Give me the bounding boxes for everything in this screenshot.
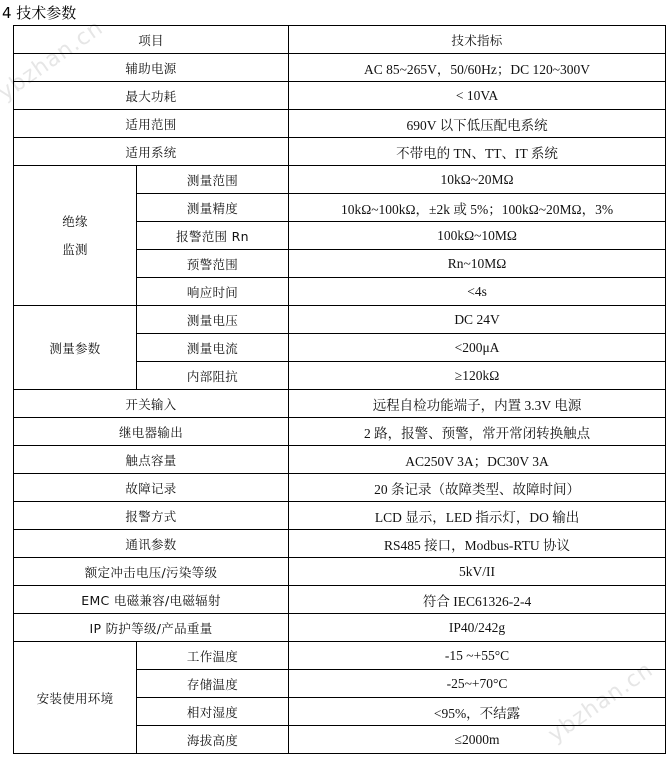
- row-label: 存储温度: [137, 670, 289, 698]
- row-value: 10kΩ~20MΩ: [289, 166, 666, 194]
- row-label: 工作温度: [137, 642, 289, 670]
- header-spec: 技术指标: [289, 26, 666, 54]
- row-value: 20 条记录（故障类型、故障时间）: [289, 474, 666, 502]
- row-label: IP 防护等级/产品重量: [14, 614, 289, 642]
- row-label: 故障记录: [14, 474, 289, 502]
- row-value: ≤2000m: [289, 726, 666, 754]
- table-row: 通讯参数 RS485 接口，Modbus-RTU 协议: [14, 530, 666, 558]
- table-row: 适用范围 690V 以下低压配电系统: [14, 110, 666, 138]
- table-row: 故障记录 20 条记录（故障类型、故障时间）: [14, 474, 666, 502]
- row-label: 适用系统: [14, 138, 289, 166]
- table-row: 触点容量 AC250V 3A；DC30V 3A: [14, 446, 666, 474]
- table-row: 测量参数 测量电压 DC 24V: [14, 306, 666, 334]
- row-value: -25~+70°C: [289, 670, 666, 698]
- row-label: 通讯参数: [14, 530, 289, 558]
- group-label-environment: 安装使用环境: [14, 642, 137, 754]
- row-label: 预警范围: [137, 250, 289, 278]
- table-row: 绝缘 监测 测量范围 10kΩ~20MΩ: [14, 166, 666, 194]
- tech-spec-table: 项目 技术指标 辅助电源 AC 85~265V，50/60Hz；DC 120~3…: [13, 25, 666, 754]
- group-label-line1: 绝缘: [18, 208, 132, 236]
- row-label: 测量范围: [137, 166, 289, 194]
- table-row: 安装使用环境 工作温度 -15 ~+55°C: [14, 642, 666, 670]
- row-value: DC 24V: [289, 306, 666, 334]
- section-heading: 4 技术参数: [2, 2, 76, 24]
- row-label: 报警范围 Rn: [137, 222, 289, 250]
- row-label: 测量电流: [137, 334, 289, 362]
- group-label-measurement: 测量参数: [14, 306, 137, 390]
- row-label: 响应时间: [137, 278, 289, 306]
- table-row: IP 防护等级/产品重量 IP40/242g: [14, 614, 666, 642]
- row-value: 690V 以下低压配电系统: [289, 110, 666, 138]
- row-value: 2 路，报警、预警，常开常闭转换触点: [289, 418, 666, 446]
- row-value: -15 ~+55°C: [289, 642, 666, 670]
- row-label: 测量精度: [137, 194, 289, 222]
- table-row: 报警方式 LCD 显示，LED 指示灯，DO 输出: [14, 502, 666, 530]
- table-row: 继电器输出 2 路，报警、预警，常开常闭转换触点: [14, 418, 666, 446]
- row-label: 继电器输出: [14, 418, 289, 446]
- group-label-line2: 监测: [18, 236, 132, 264]
- table-row: 最大功耗 < 10VA: [14, 82, 666, 110]
- row-label: 最大功耗: [14, 82, 289, 110]
- table-row: 适用系统 不带电的 TN、TT、IT 系统: [14, 138, 666, 166]
- row-value: 不带电的 TN、TT、IT 系统: [289, 138, 666, 166]
- row-label: 海拔高度: [137, 726, 289, 754]
- row-label: 适用范围: [14, 110, 289, 138]
- table-header-row: 项目 技术指标: [14, 26, 666, 54]
- row-label: 辅助电源: [14, 54, 289, 82]
- row-value: < 10VA: [289, 82, 666, 110]
- row-value: ≥120kΩ: [289, 362, 666, 390]
- table-row: EMC 电磁兼容/电磁辐射 符合 IEC61326-2-4: [14, 586, 666, 614]
- row-value: <95%，不结露: [289, 698, 666, 726]
- row-value: <200μA: [289, 334, 666, 362]
- row-value: AC 85~265V，50/60Hz；DC 120~300V: [289, 54, 666, 82]
- row-value: AC250V 3A；DC30V 3A: [289, 446, 666, 474]
- group-label-insulation: 绝缘 监测: [14, 166, 137, 306]
- row-value: 远程自检功能端子，内置 3.3V 电源: [289, 390, 666, 418]
- row-label: 开关输入: [14, 390, 289, 418]
- row-label: 内部阻抗: [137, 362, 289, 390]
- header-item: 项目: [14, 26, 289, 54]
- row-value: RS485 接口，Modbus-RTU 协议: [289, 530, 666, 558]
- row-label: 测量电压: [137, 306, 289, 334]
- row-label: 报警方式: [14, 502, 289, 530]
- row-value: 符合 IEC61326-2-4: [289, 586, 666, 614]
- table-row: 开关输入 远程自检功能端子，内置 3.3V 电源: [14, 390, 666, 418]
- table-row: 额定冲击电压/污染等级 5kV/II: [14, 558, 666, 586]
- row-label: 相对湿度: [137, 698, 289, 726]
- row-value: 10kΩ~100kΩ，±2k 或 5%；100kΩ~20MΩ，3%: [289, 194, 666, 222]
- row-value: <4s: [289, 278, 666, 306]
- row-value: Rn~10MΩ: [289, 250, 666, 278]
- table-row: 辅助电源 AC 85~265V，50/60Hz；DC 120~300V: [14, 54, 666, 82]
- row-value: 100kΩ~10MΩ: [289, 222, 666, 250]
- row-value: LCD 显示，LED 指示灯，DO 输出: [289, 502, 666, 530]
- row-value: 5kV/II: [289, 558, 666, 586]
- row-label: EMC 电磁兼容/电磁辐射: [14, 586, 289, 614]
- row-label: 触点容量: [14, 446, 289, 474]
- row-value: IP40/242g: [289, 614, 666, 642]
- row-label: 额定冲击电压/污染等级: [14, 558, 289, 586]
